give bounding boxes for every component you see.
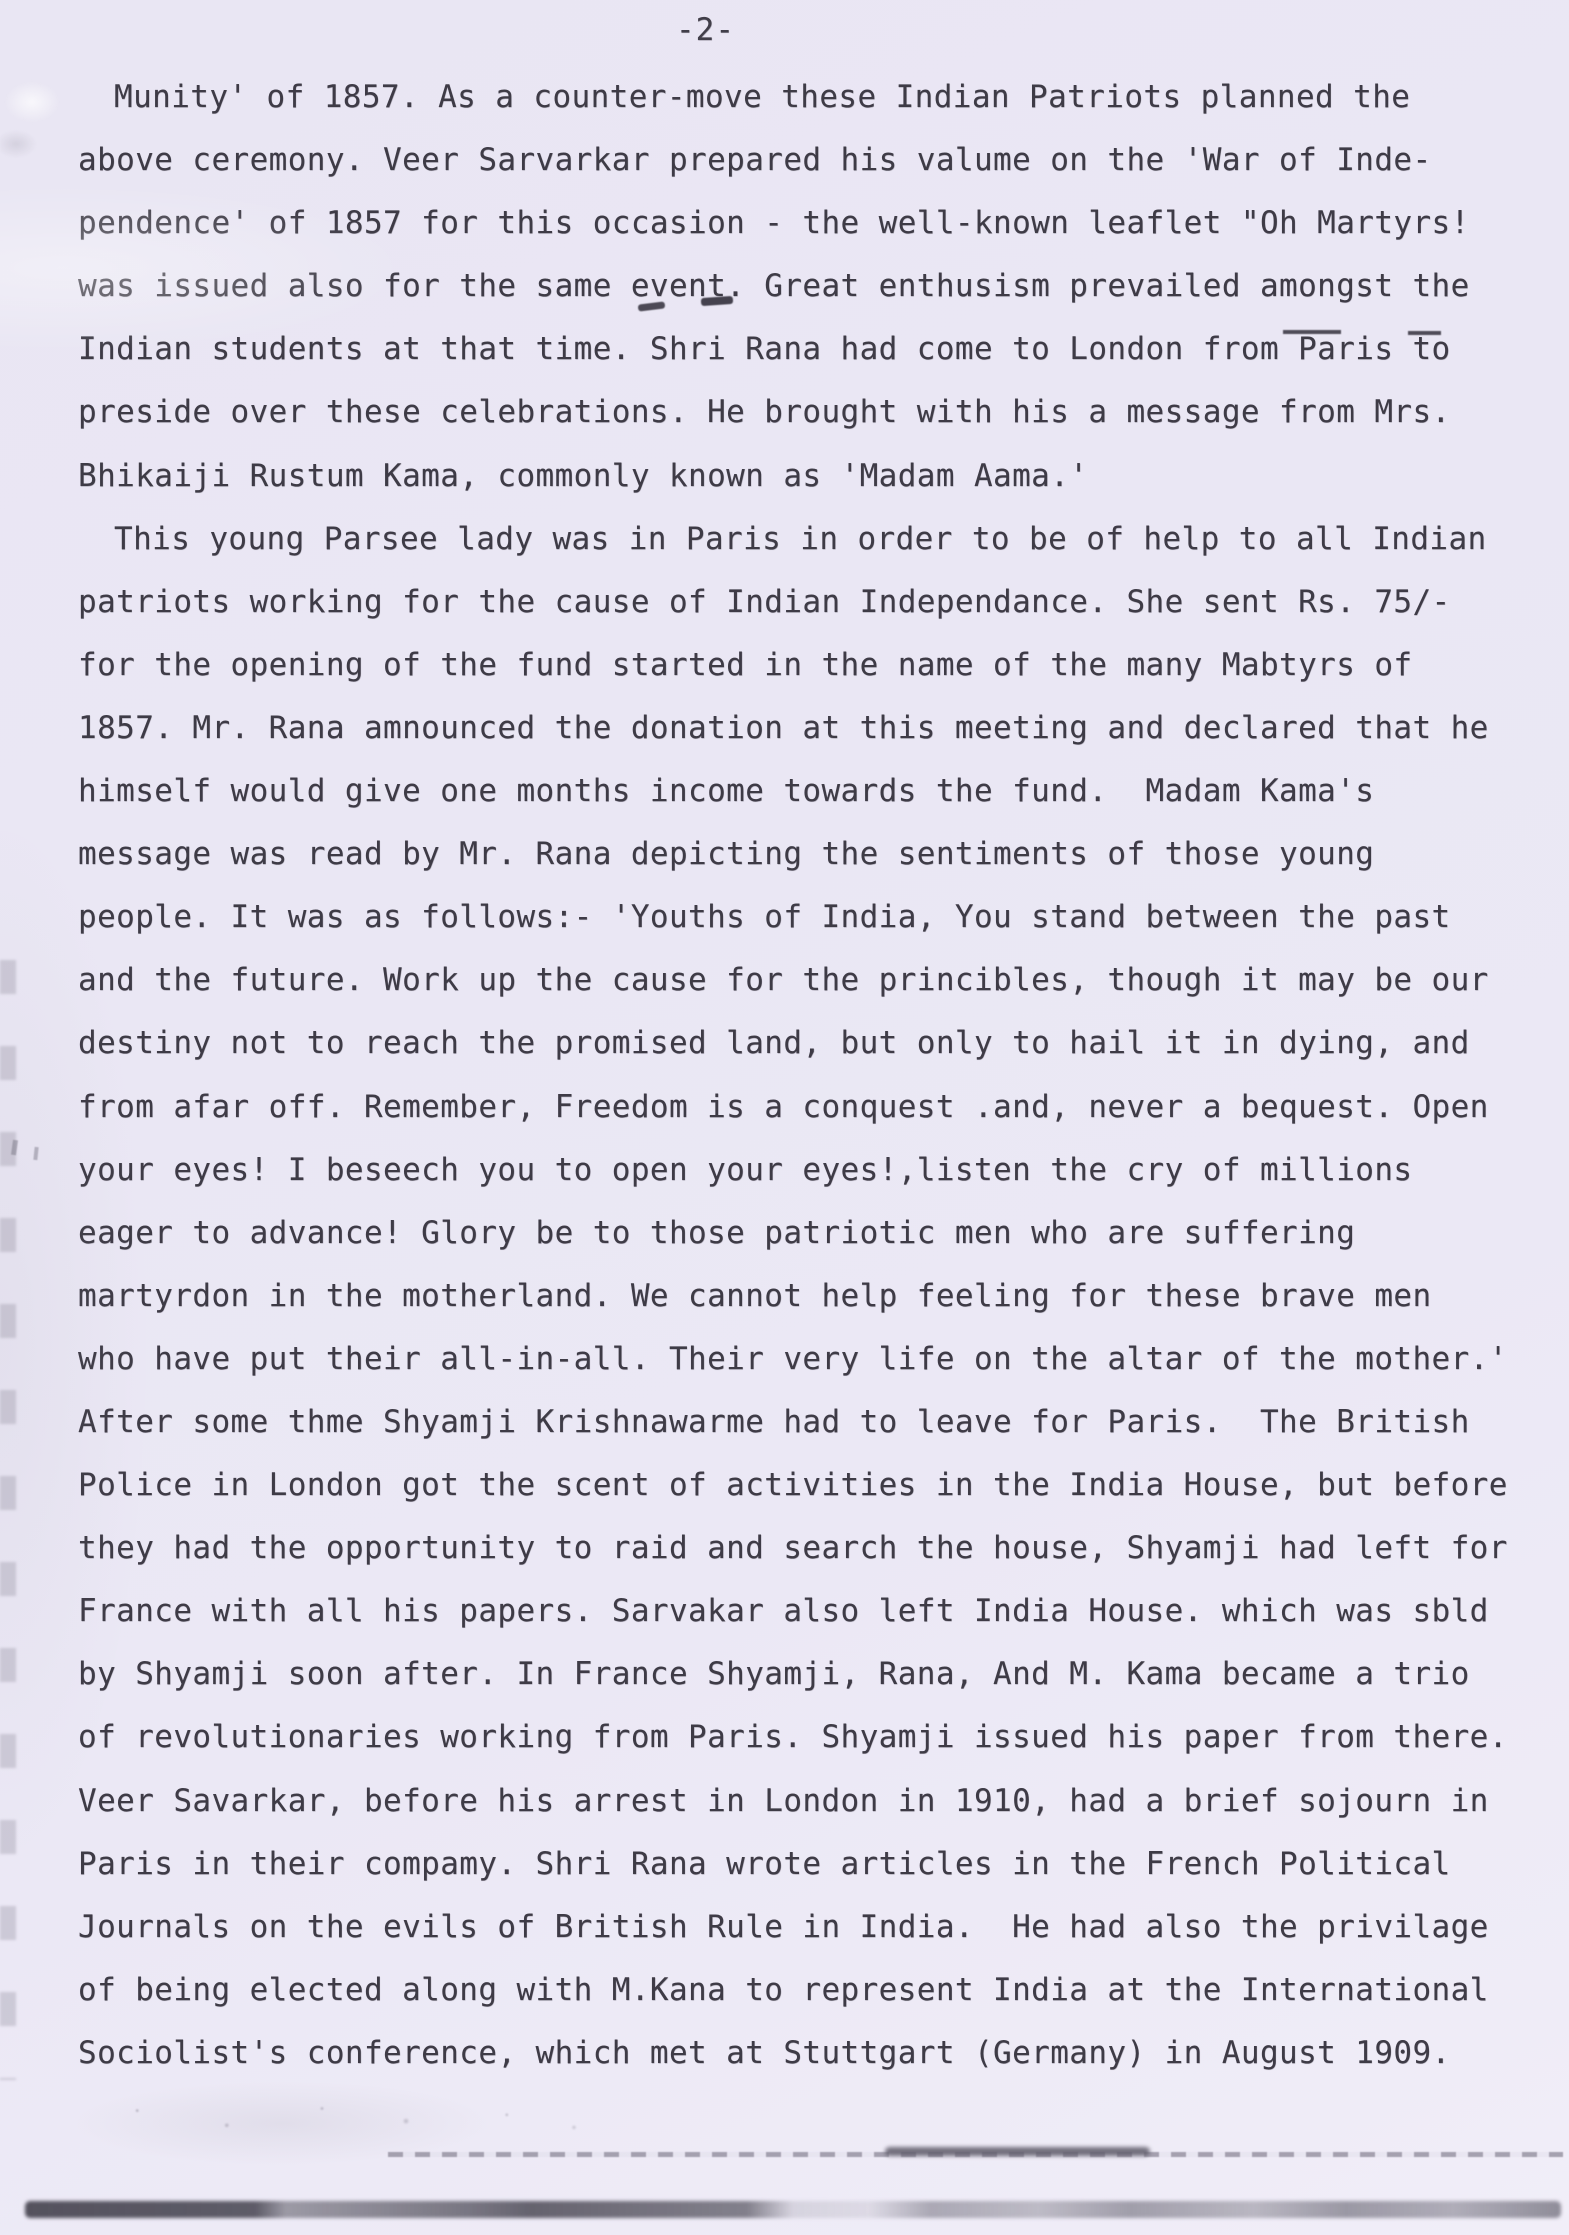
text-line: France with all his papers. Sarvakar als… xyxy=(78,1580,1538,1643)
typewritten-text: Munity' of 1857. As a counter-move these… xyxy=(78,66,1538,2085)
text-line: and the future. Work up the cause for th… xyxy=(78,949,1538,1012)
text-line: they had the opportunity to raid and sea… xyxy=(78,1517,1538,1580)
text-line: Munity' of 1857. As a counter-move these… xyxy=(78,66,1538,129)
text-line: from afar off. Remember, Freedom is a co… xyxy=(78,1076,1538,1139)
page-number: -2- xyxy=(676,12,735,48)
text-line: of revolutionaries working from Paris. S… xyxy=(78,1706,1538,1769)
text-line: preside over these celebrations. He brou… xyxy=(78,381,1538,444)
text-line: Bhikaiji Rustum Kama, commonly known as … xyxy=(78,445,1538,508)
text-line: above ceremony. Veer Sarvarkar prepared … xyxy=(78,129,1538,192)
text-line: martyrdon in the motherland. We cannot h… xyxy=(78,1265,1538,1328)
text-line: patriots working for the cause of Indian… xyxy=(78,571,1538,634)
text-line: Paris in their compamy. Shri Rana wrote … xyxy=(78,1833,1538,1896)
scan-smear-topleft xyxy=(0,60,80,180)
document-page: -2- Munity' of 1857. As a counter-move t… xyxy=(0,0,1569,2235)
text-line: After some thme Shyamji Krishnawarme had… xyxy=(78,1391,1538,1454)
text-line: Sociolist's conference, which met at Stu… xyxy=(78,2022,1538,2085)
margin-stray-mark xyxy=(33,1147,38,1160)
text-line: people. It was as follows:- 'Youths of I… xyxy=(78,886,1538,949)
text-line: Indian students at that time. Shri Rana … xyxy=(78,318,1538,381)
text-line: by Shyamji soon after. In France Shyamji… xyxy=(78,1643,1538,1706)
text-line: was issued also for the same event. Grea… xyxy=(78,255,1538,318)
text-line: Police in London got the scent of activi… xyxy=(78,1454,1538,1517)
text-line: message was read by Mr. Rana depicting t… xyxy=(78,823,1538,886)
text-line: Journals on the evils of British Rule in… xyxy=(78,1896,1538,1959)
text-line: for the opening of the fund started in t… xyxy=(78,634,1538,697)
faded-underline-smudge xyxy=(388,2152,1563,2157)
text-line: who have put their all-in-all. Their ver… xyxy=(78,1328,1538,1391)
left-edge-scan-streaks xyxy=(0,960,16,2080)
dark-smudge-blob xyxy=(885,2147,1150,2156)
text-line: 1857. Mr. Rana amnounced the donation at… xyxy=(78,697,1538,760)
photocopy-edge-band xyxy=(25,2201,1561,2218)
text-line: of being elected along with M.Kana to re… xyxy=(78,1959,1538,2022)
text-line: Veer Savarkar, before his arrest in Lond… xyxy=(78,1770,1538,1833)
text-line: eager to advance! Glory be to those patr… xyxy=(78,1202,1538,1265)
scan-speckles xyxy=(70,2098,630,2140)
text-line: destiny not to reach the promised land, … xyxy=(78,1012,1538,1075)
text-line: himself would give one months income tow… xyxy=(78,760,1538,823)
text-line: pendence' of 1857 for this occasion - th… xyxy=(78,192,1538,255)
text-line: This young Parsee lady was in Paris in o… xyxy=(78,508,1538,571)
text-line: your eyes! I beseech you to open your ey… xyxy=(78,1139,1538,1202)
margin-stray-mark xyxy=(11,1140,18,1156)
